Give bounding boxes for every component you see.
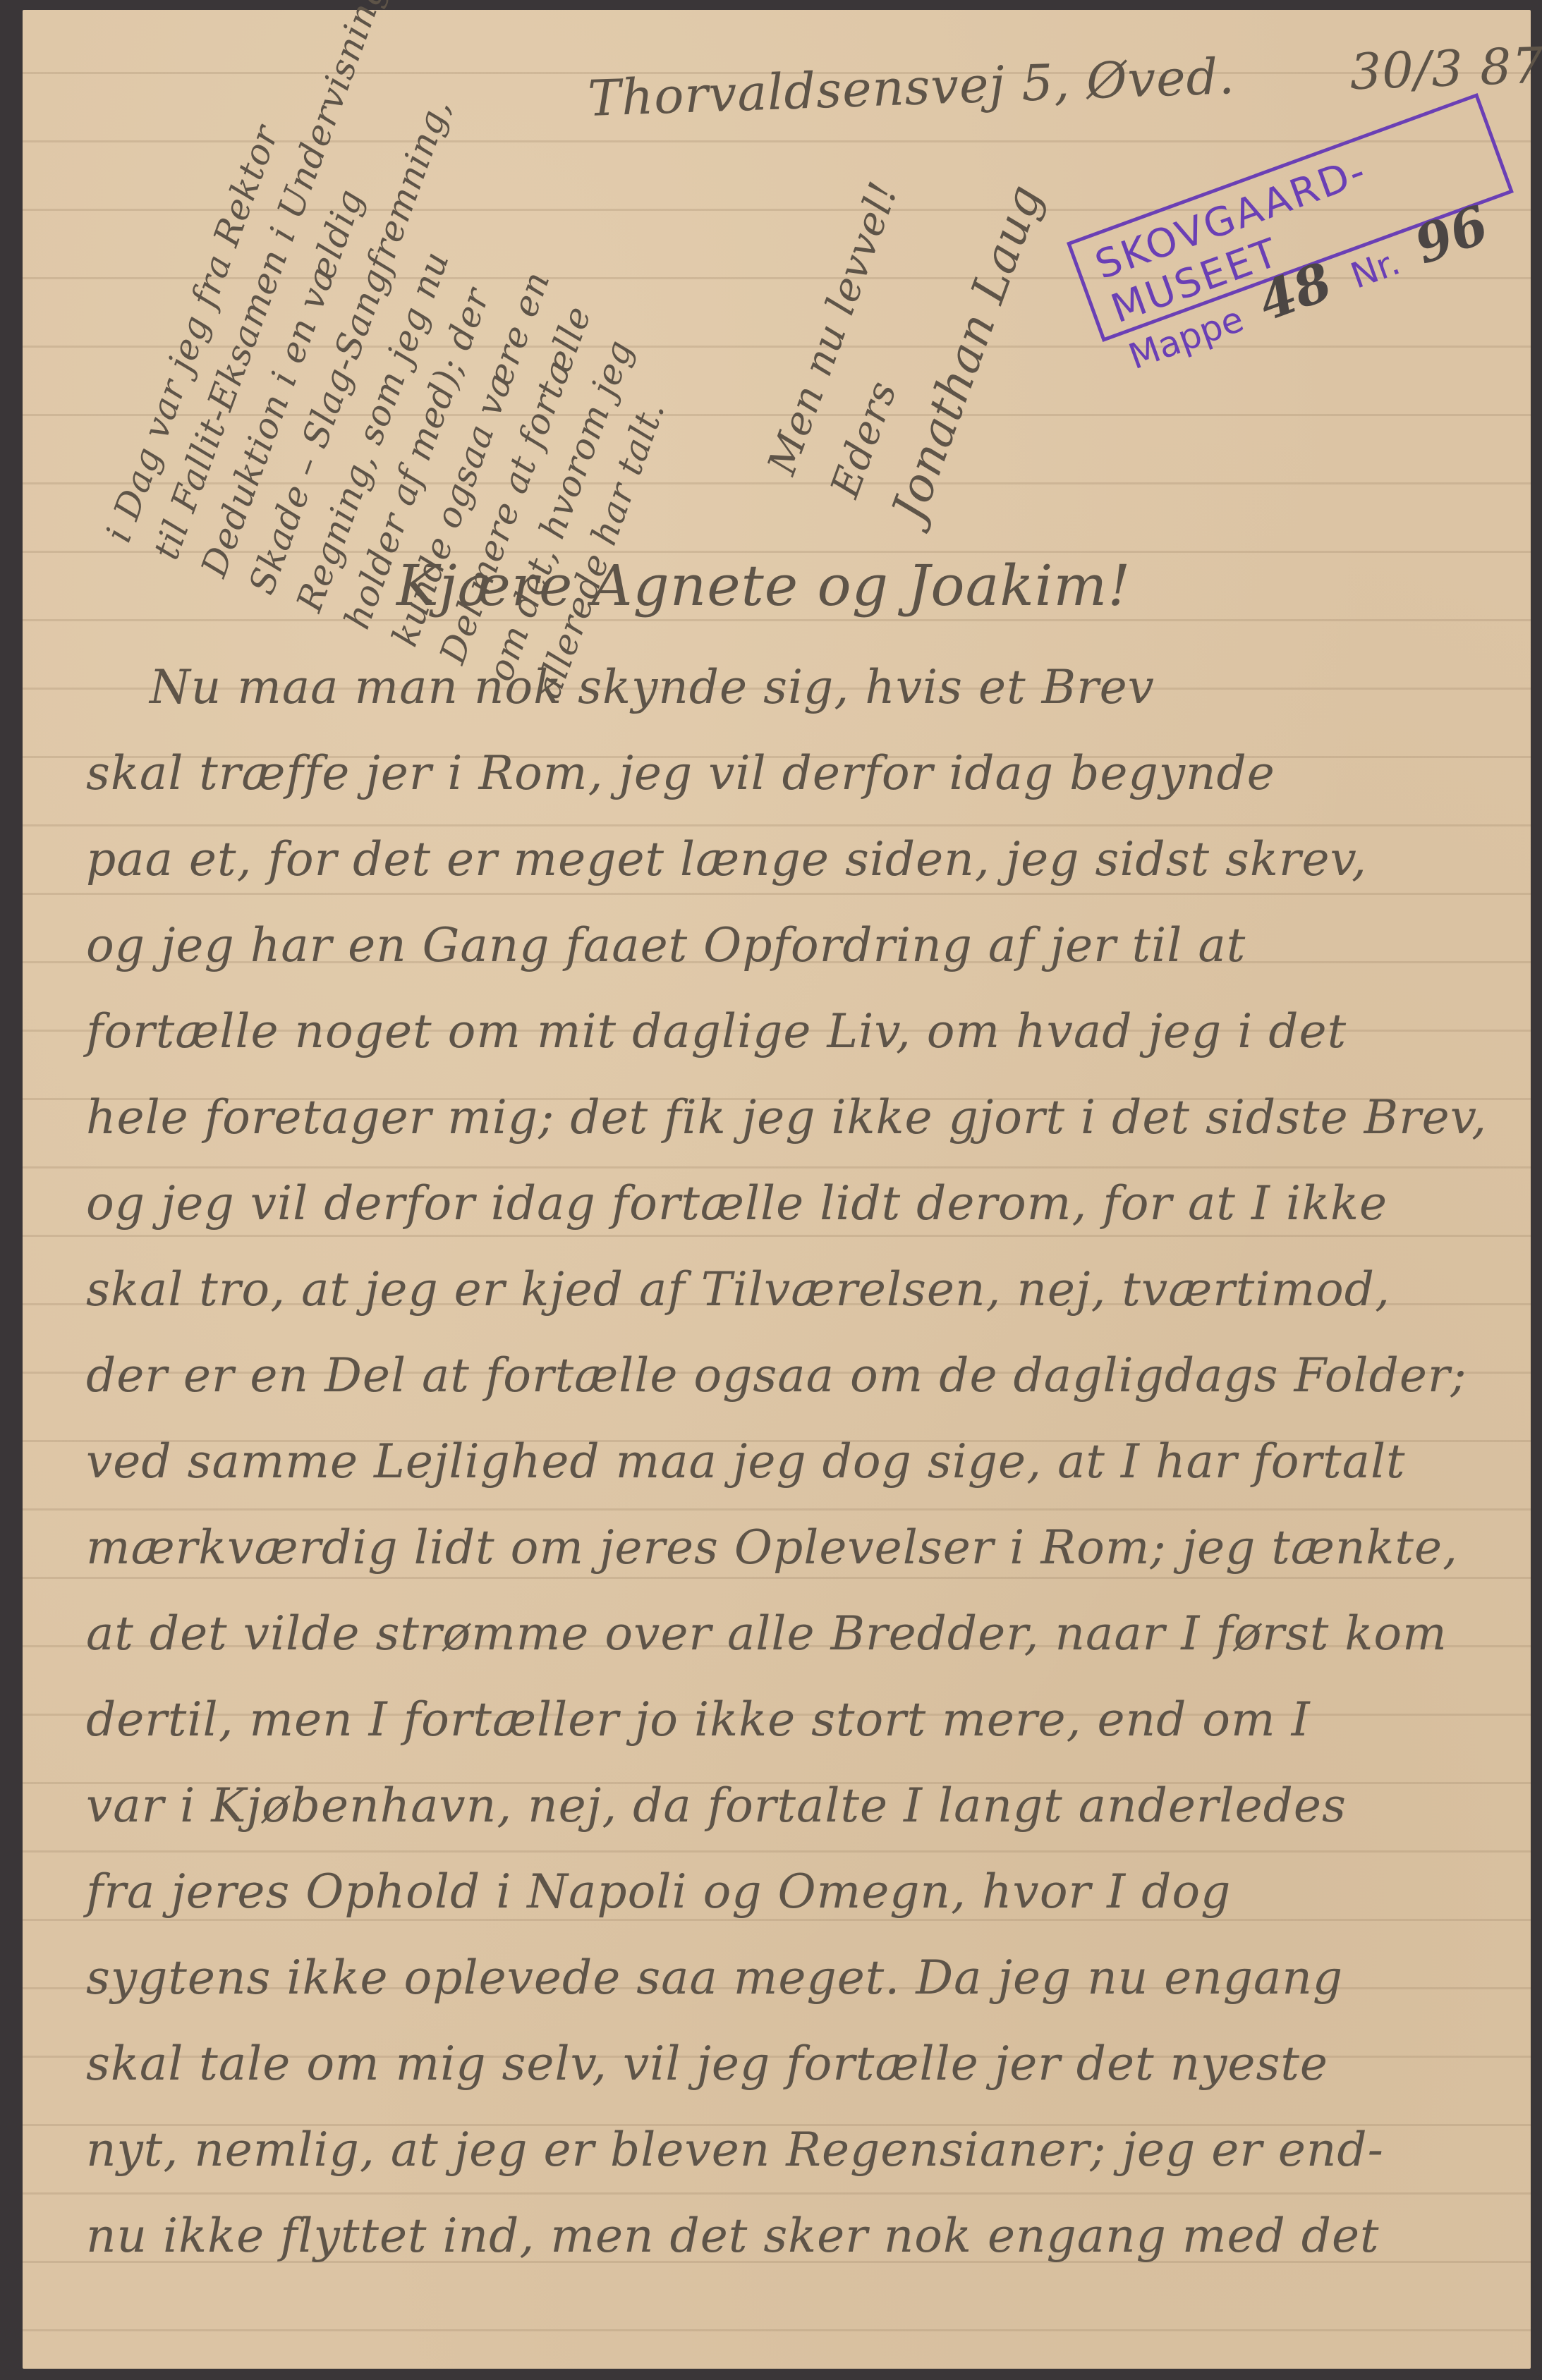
body-line: der er en Del at fortælle ogsaa om de da… (86, 1333, 1525, 1419)
salutation: Kjære Agnete og Joakim! (396, 553, 1131, 618)
museum-stamp: SKOVGAARD-MUSEET Mappe 48 Nr. 96 (1067, 93, 1514, 342)
body-line: fortælle noget om mit daglige Liv, om hv… (86, 989, 1525, 1075)
stamp-number-label: Nr. (1345, 241, 1405, 296)
letter-body: Nu maa man nok skynde sig, hvis et Brev … (86, 645, 1525, 2279)
body-line: at det vilde strømme over alle Bredder, … (86, 1591, 1525, 1677)
body-line: og jeg vil derfor idag fortælle lidt der… (86, 1161, 1525, 1247)
sender-address: Thorvaldsensvej 5, Øved. (587, 47, 1236, 128)
letter-paper: Thorvaldsensvej 5, Øved. 30/3 87 i Dag v… (23, 10, 1531, 2369)
body-line: sygtens ikke oplevede saa meget. Da jeg … (86, 1935, 1525, 2021)
body-line: paa et, for det er meget længe siden, je… (86, 817, 1525, 903)
body-line: skal tale om mig selv, vil jeg fortælle … (86, 2021, 1525, 2107)
body-line: skal træffe jer i Rom, jeg vil derfor id… (86, 731, 1525, 817)
body-line: nyt, nemlig, at jeg er bleven Regensiane… (86, 2107, 1525, 2193)
letter-closing: Men nu levvel! Eders Jonathan Laug (749, 129, 1059, 530)
letter-header: Thorvaldsensvej 5, Øved. 30/3 87 (587, 37, 1542, 128)
body-line: Nu maa man nok skynde sig, hvis et Brev (86, 645, 1525, 731)
body-line: dertil, men I fortæller jo ikke stort me… (86, 1677, 1525, 1763)
letter-date: 30/3 87 (1349, 37, 1542, 102)
body-line: ved samme Lejlighed maa jeg dog sige, at… (86, 1419, 1525, 1505)
body-line: var i Kjøbenhavn, nej, da fortalte I lan… (86, 1763, 1525, 1849)
body-line: skal tro, at jeg er kjed af Tilværelsen,… (86, 1247, 1525, 1333)
body-line: hele foretager mig; det fik jeg ikke gjo… (86, 1075, 1525, 1161)
body-line: fra jeres Ophold i Napoli og Omegn, hvor… (86, 1849, 1525, 1935)
body-line: mærkværdig lidt om jeres Oplevelser i Ro… (86, 1505, 1525, 1591)
body-line: nu ikke flyttet ind, men det sker nok en… (86, 2193, 1525, 2279)
body-line: og jeg har en Gang faaet Opfordring af j… (86, 903, 1525, 989)
margin-notes: i Dag var jeg fra Rektor til Fallit-Eksa… (93, 68, 302, 546)
